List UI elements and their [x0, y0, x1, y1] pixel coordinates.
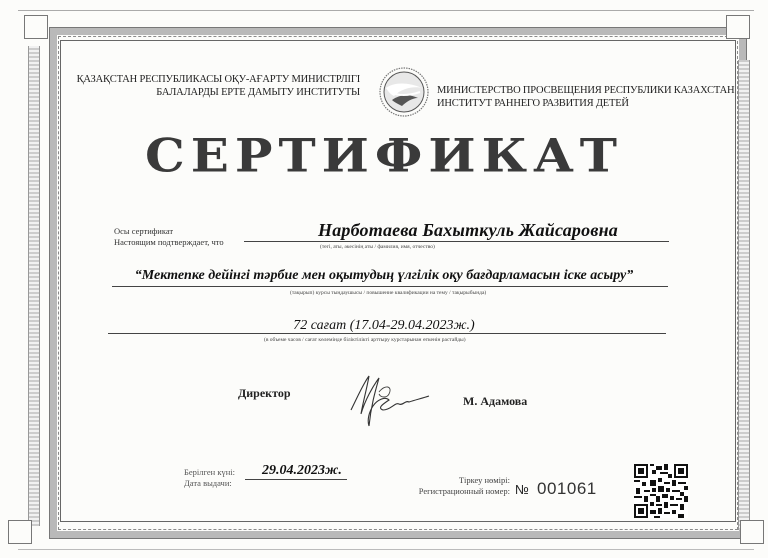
recipient-underline: [244, 241, 669, 242]
intro-russian: Настоящим подтверждает, что: [114, 237, 224, 248]
frame-corner-top-right: [726, 15, 750, 39]
qr-code-icon: [634, 464, 688, 518]
hours-underline: [108, 333, 666, 334]
intro-kazakh: Осы сертификат: [114, 226, 224, 237]
director-name: М. Адамова: [463, 394, 527, 409]
header-kazakh: Қазақстан Республикасы Оқу-ағарту минист…: [60, 73, 360, 99]
institute-emblem-icon: [378, 66, 430, 118]
header-russian-ministry: Министерство просвещения Республики Каза…: [437, 84, 767, 97]
recipient-caption: (тегі, аты, әкесінің аты / фамилия, имя,…: [320, 244, 435, 250]
header-kazakh-institute: Балаларды ерте дамыту институты: [60, 86, 360, 99]
issue-date-underline: [245, 479, 347, 480]
registration-label-kazakh: Тіркеу нөмірі:: [398, 475, 510, 486]
registration-label-russian: Регистрационный номер:: [398, 486, 510, 497]
course-hours: 72 сағат (17.04-29.04.2023ж.): [0, 318, 768, 334]
course-title: “Мектепке дейінгі тәрбие мен оқытудың үл…: [0, 268, 768, 284]
course-caption: (тақырып) курсы тыңдаушысы / повышение к…: [290, 290, 486, 296]
frame-left-strip: [28, 46, 40, 526]
frame-corner-bottom-right: [740, 520, 764, 544]
course-underline: [112, 286, 668, 287]
director-label: Директор: [238, 386, 291, 401]
hours-caption: (в объеме часов / сағат көлемінде білікт…: [264, 337, 466, 343]
registration-number-symbol: №: [515, 482, 529, 497]
header-russian-institute: Институт раннего развития детей: [437, 97, 767, 110]
issue-date-label-russian: Дата выдачи:: [184, 478, 235, 489]
intro-text: Осы сертификат Настоящим подтверждает, ч…: [114, 226, 224, 248]
recipient-name: Нарботаева Бахыткуль Жайсаровна: [318, 220, 618, 241]
certificate-page: Қазақстан Республикасы Оқу-ағарту минист…: [0, 0, 768, 558]
registration-label: Тіркеу нөмірі: Регистрационный номер:: [398, 475, 510, 497]
issue-date-label: Берілген күні: Дата выдачи:: [184, 467, 235, 489]
frame-corner-bottom-left: [8, 520, 32, 544]
frame-corner-top-left: [24, 15, 48, 39]
signature-icon: [343, 370, 433, 430]
header-kazakh-ministry: Қазақстан Республикасы Оқу-ағарту минист…: [60, 73, 360, 86]
issue-date-label-kazakh: Берілген күні:: [184, 467, 235, 478]
certificate-title: СЕРТИФИКАТ: [0, 128, 768, 182]
issue-date: 29.04.2023ж.: [262, 463, 342, 479]
registration-number: 001061: [537, 479, 597, 499]
header-russian: Министерство просвещения Республики Каза…: [437, 84, 767, 110]
